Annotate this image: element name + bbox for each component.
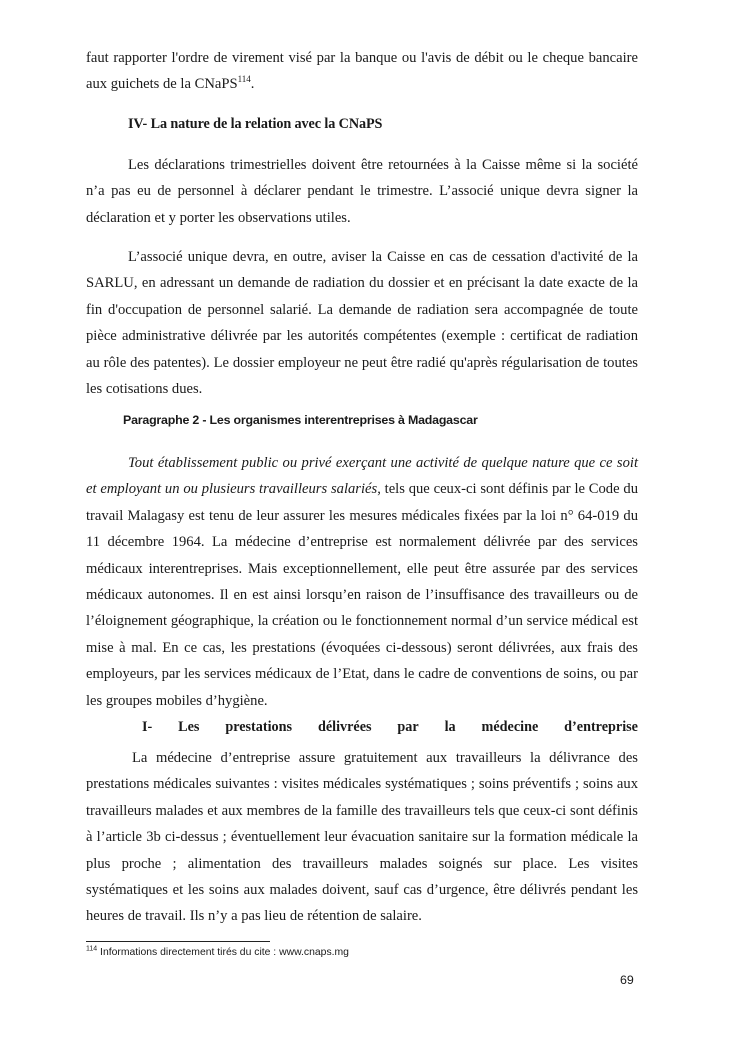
heading-iv: IV- La nature de la relation avec la CNa… — [86, 116, 638, 133]
footnote: 114 Informations directement tirés du ci… — [86, 947, 349, 958]
footnote-separator — [86, 941, 270, 942]
section-heading-iv: IV- La nature de la relation avec la CNa… — [86, 116, 638, 133]
heading-i: I- Les prestations délivrées par la méde… — [86, 719, 638, 736]
paragraph-declarations: Les déclarations trimestrielles doivent … — [86, 152, 638, 231]
paragraph-etablissement: Tout établissement public ou privé exerç… — [86, 450, 638, 714]
section-heading-i: I- Les prestations délivrées par la méde… — [86, 719, 638, 736]
paragraph-intro: faut rapporter l'ordre de virement visé … — [86, 45, 638, 98]
page-number: 69 — [620, 973, 634, 987]
heading-paragraphe-2: Paragraphe 2 - Les organismes interentre… — [86, 413, 638, 427]
paragraph-medecine: La médecine d’entreprise assure gratuite… — [86, 745, 638, 930]
footnote-text: Informations directement tirés du cite :… — [97, 947, 349, 958]
paragraph-intro-text: faut rapporter l'ordre de virement visé … — [86, 50, 638, 92]
paragraph-associe: L’associé unique devra, en outre, aviser… — [86, 244, 638, 402]
footnote-number: 114 — [86, 946, 97, 953]
footnote-reference[interactable]: 114 — [238, 75, 251, 85]
section-heading-paragraphe-2: Paragraphe 2 - Les organismes interentre… — [86, 413, 638, 427]
